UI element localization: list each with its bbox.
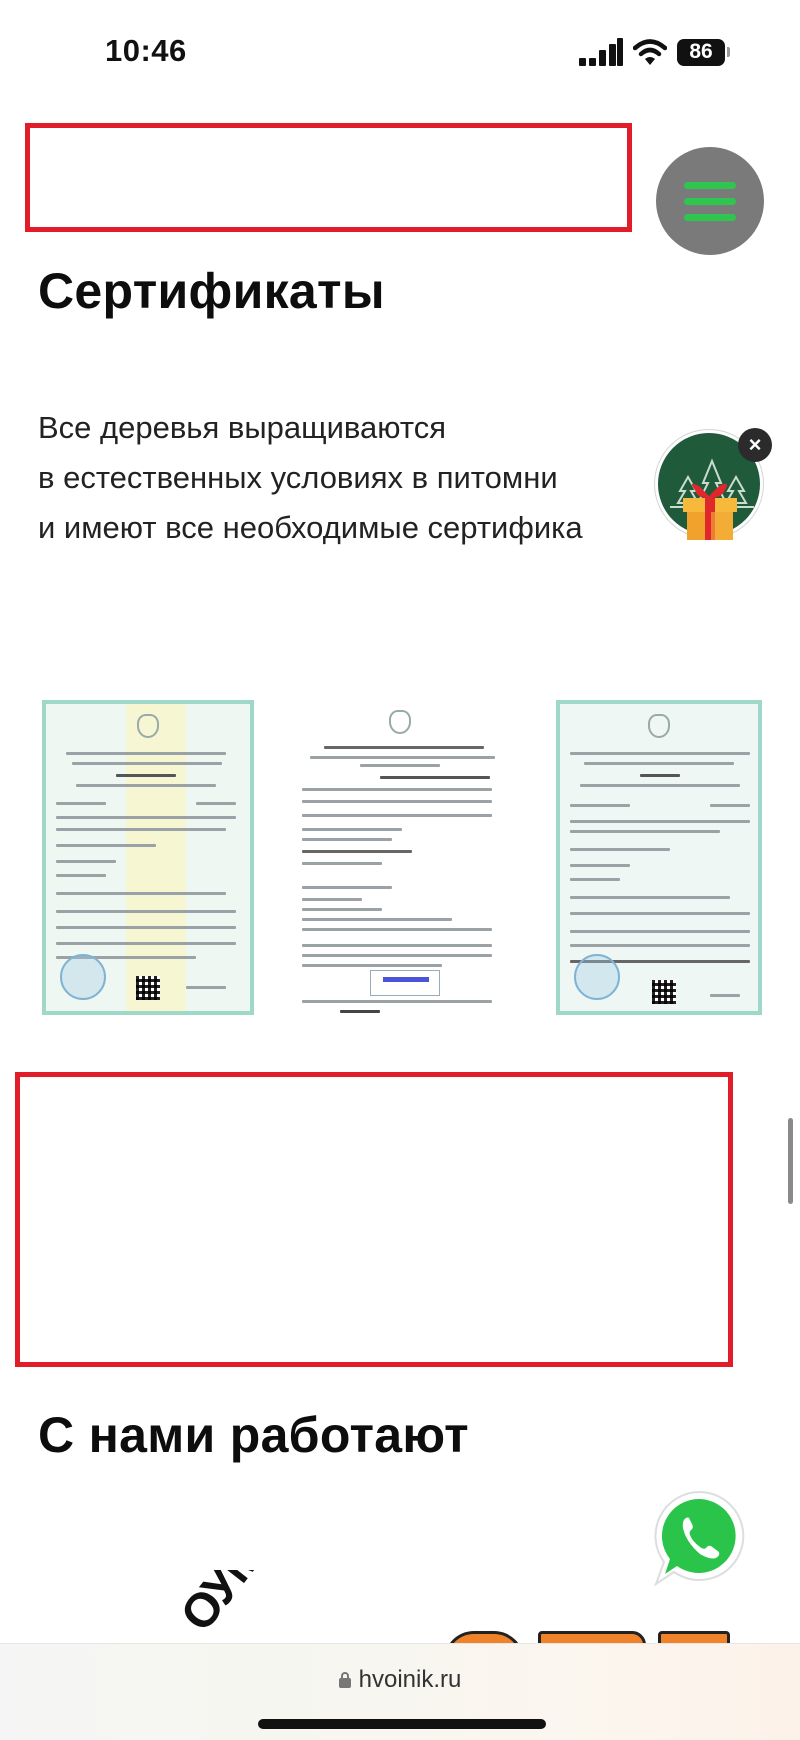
certificate-watermark <box>126 704 186 1011</box>
url-text: hvoinik.ru <box>359 1666 462 1694</box>
home-indicator[interactable] <box>258 1719 546 1729</box>
coat-of-arms-icon <box>389 710 411 734</box>
battery-indicator: 86 <box>677 39 730 66</box>
description-line: в естественных условиях в питомни <box>38 453 583 503</box>
menu-button[interactable] <box>656 147 764 255</box>
battery-level: 86 <box>677 39 725 66</box>
registration-stamp <box>370 970 440 996</box>
hamburger-menu-icon-bar <box>684 214 736 221</box>
stamp-icon <box>60 954 106 1000</box>
partner-logo-1[interactable]: ОУМЕ <box>150 1570 300 1640</box>
partners-title: С нами работают <box>38 1406 469 1464</box>
gift-box-icon <box>677 482 743 542</box>
whatsapp-icon <box>648 1486 752 1590</box>
browser-address-bar[interactable]: hvoinik.ru <box>0 1643 800 1740</box>
battery-cap <box>727 47 730 57</box>
close-icon[interactable]: × <box>738 428 772 462</box>
scrollbar[interactable] <box>788 1118 793 1204</box>
certificate-document-2[interactable] <box>300 700 500 1015</box>
redacted-content-region <box>15 1072 733 1367</box>
qr-code-icon <box>136 976 160 1000</box>
certificates-description: Все деревья выращиваются в естественных … <box>38 403 583 553</box>
certificate-document-3[interactable] <box>556 700 762 1015</box>
hamburger-menu-icon <box>684 182 736 189</box>
url-display[interactable]: hvoinik.ru <box>0 1666 800 1694</box>
whatsapp-button[interactable] <box>648 1486 752 1590</box>
partner-logo-1-mark: ОУМЕ <box>170 1570 293 1640</box>
description-line: Все деревья выращиваются <box>38 403 583 453</box>
coat-of-arms-icon <box>137 714 159 738</box>
description-line: и имеют все необходимые сертифика <box>38 503 583 553</box>
hamburger-menu-icon-bar <box>684 198 736 205</box>
gift-promo-widget[interactable]: × <box>655 430 765 540</box>
cellular-signal-icon <box>579 38 623 66</box>
coat-of-arms-icon <box>648 714 670 738</box>
status-bar: 10:46 86 <box>0 0 800 110</box>
status-icons: 86 <box>579 38 730 66</box>
status-time: 10:46 <box>105 33 187 69</box>
lock-icon <box>339 1672 351 1688</box>
certificates-title: Сертификаты <box>38 262 385 320</box>
wifi-icon <box>633 38 667 66</box>
qr-code-icon <box>652 980 676 1004</box>
stamp-icon <box>574 954 620 1000</box>
certificate-document-1[interactable] <box>42 700 254 1015</box>
redacted-header-region <box>25 123 632 232</box>
